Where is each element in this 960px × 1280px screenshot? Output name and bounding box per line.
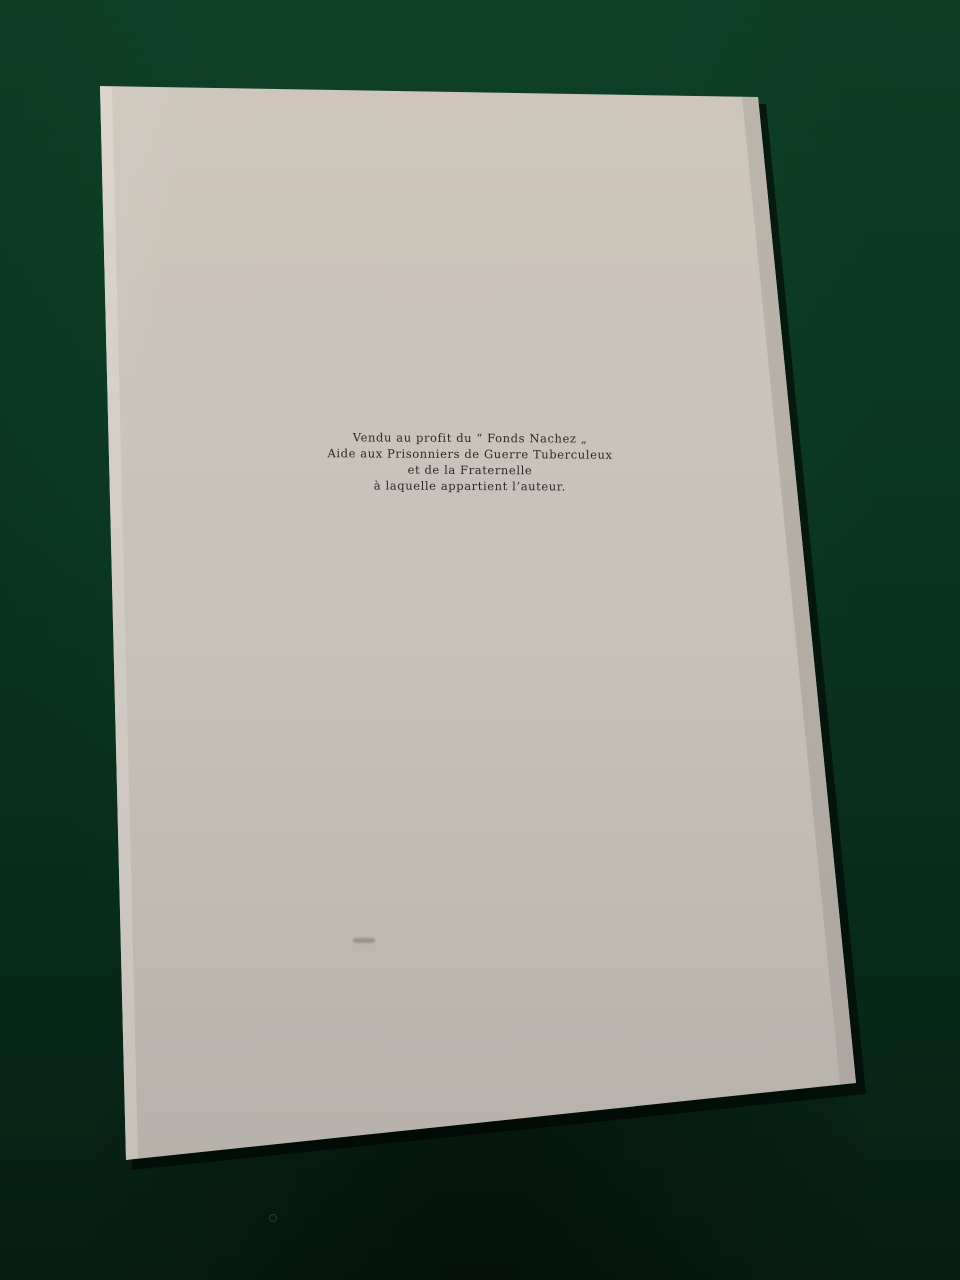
notice-line-1: Vendu au profit du “ Fonds Nachez „ [300, 429, 640, 447]
paper-smudge [353, 938, 375, 943]
notice-line-4: à laquelle appartient l’auteur. [300, 477, 640, 495]
notice-line-3: et de la Fraternelle [300, 461, 640, 479]
cover-notice: Vendu au profit du “ Fonds Nachez „ Aide… [300, 429, 640, 495]
notice-line-2: Aide aux Prisonniers de Guerre Tubercule… [300, 445, 640, 463]
surface-speck [269, 1214, 277, 1222]
